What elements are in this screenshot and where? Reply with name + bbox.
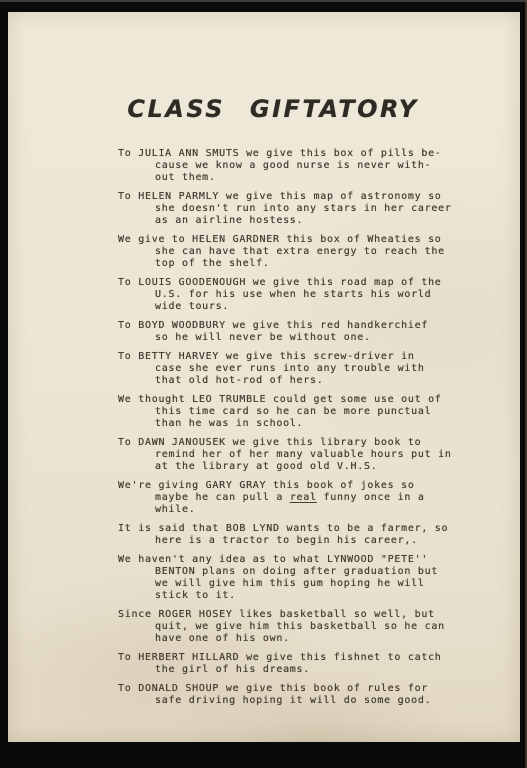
entry-line: To HELEN PARMLY we give this map of astr…	[118, 191, 463, 203]
gift-entry: Since ROGER HOSEY likes basketball so we…	[118, 609, 463, 645]
entry-line: she can have that extra energy to reach …	[118, 246, 463, 258]
entry-line: BENTON plans on doing after graduation b…	[118, 566, 463, 578]
entry-line: stick to it.	[118, 590, 463, 602]
entry-line: We're giving GARY GRAY this book of joke…	[118, 480, 463, 492]
entry-line: top of the shelf.	[118, 258, 463, 270]
gift-entry: To HERBERT HILLARD we give this fishnet …	[118, 652, 463, 676]
entry-line: To DONALD SHOUP we give this book of rul…	[118, 683, 463, 695]
photo-border: CLASS GIFTATORY To JULIA ANN SMUTS we gi…	[0, 0, 527, 768]
entry-line: To DAWN JANOUSEK we give this library bo…	[118, 437, 463, 449]
entry-line: the girl of his dreams.	[118, 664, 463, 676]
entry-line: cause we know a good nurse is never with…	[118, 160, 463, 172]
gift-entry: To BETTY HARVEY we give this screw-drive…	[118, 351, 463, 387]
entry-line: quit, we give him this basketball so he …	[118, 621, 463, 633]
gift-entry: To DONALD SHOUP we give this book of rul…	[118, 683, 463, 707]
entry-line: that old hot-rod of hers.	[118, 375, 463, 387]
entry-line: Since ROGER HOSEY likes basketball so we…	[118, 609, 463, 621]
entry-line: To BOYD WOODBURY we give this red handke…	[118, 320, 463, 332]
stray-period-mark: .	[258, 684, 264, 695]
entry-line: To JULIA ANN SMUTS we give this box of p…	[118, 148, 463, 160]
entry-line: she doesn't run into any stars in her ca…	[118, 203, 463, 215]
entry-line: this time card so he can be more punctua…	[118, 406, 463, 418]
frame-edge-top	[0, 0, 527, 2]
gift-entry: We're giving GARY GRAY this book of joke…	[118, 480, 463, 516]
gift-entry: To JULIA ANN SMUTS we give this box of p…	[118, 148, 463, 184]
gift-entry: We thought LEO TRUMBLE could get some us…	[118, 394, 463, 430]
entry-line: We give to HELEN GARDNER this box of Whe…	[118, 234, 463, 246]
entry-line: case she ever runs into any trouble with	[118, 363, 463, 375]
entry-line: To HERBERT HILLARD we give this fishnet …	[118, 652, 463, 664]
entry-line: we will give him this gum hoping he will	[118, 578, 463, 590]
gift-entry: To LOUIS GOODENOUGH we give this road ma…	[118, 277, 463, 313]
paper-page: CLASS GIFTATORY To JULIA ANN SMUTS we gi…	[8, 12, 520, 742]
entry-line: while.	[118, 504, 463, 516]
gift-entry: To HELEN PARMLY we give this map of astr…	[118, 191, 463, 227]
entry-line: wide tours.	[118, 301, 463, 313]
gift-entry: We give to HELEN GARDNER this box of Whe…	[118, 234, 463, 270]
entry-line: maybe he can pull a real funny once in a	[118, 492, 463, 504]
entry-line: here is a tractor to begin his career,.	[118, 535, 463, 547]
entry-line: To LOUIS GOODENOUGH we give this road ma…	[118, 277, 463, 289]
entry-line: We haven't any idea as to what LYNWOOD "…	[118, 554, 463, 566]
entry-line: as an airline hostess.	[118, 215, 463, 227]
entry-line: out them.	[118, 172, 463, 184]
entry-line: We thought LEO TRUMBLE could get some us…	[118, 394, 463, 406]
entry-line: To BETTY HARVEY we give this screw-drive…	[118, 351, 463, 363]
entry-line: have one of his own.	[118, 633, 463, 645]
entry-line: remind her of her many valuable hours pu…	[118, 449, 463, 461]
entry-line: than he was in school.	[118, 418, 463, 430]
entry-line: so he will never be without one.	[118, 332, 463, 344]
entry-line: safe driving hoping it will do some good…	[118, 695, 463, 707]
gift-entries: To JULIA ANN SMUTS we give this box of p…	[118, 148, 463, 714]
gift-entry: To DAWN JANOUSEK we give this library bo…	[118, 437, 463, 473]
gift-entry: We haven't any idea as to what LYNWOOD "…	[118, 554, 463, 602]
yearbook-photo: CLASS GIFTATORY To JULIA ANN SMUTS we gi…	[0, 0, 527, 768]
entry-line: at the library at good old V.H.S.	[118, 461, 463, 473]
gift-entry: It is said that BOB LYND wants to be a f…	[118, 523, 463, 547]
entry-line: U.S. for his use when he starts his worl…	[118, 289, 463, 301]
page-title: CLASS GIFTATORY	[17, 95, 527, 123]
entry-line: It is said that BOB LYND wants to be a f…	[118, 523, 463, 535]
underlined-word: real	[290, 492, 317, 503]
gift-entry: To BOYD WOODBURY we give this red handke…	[118, 320, 463, 344]
